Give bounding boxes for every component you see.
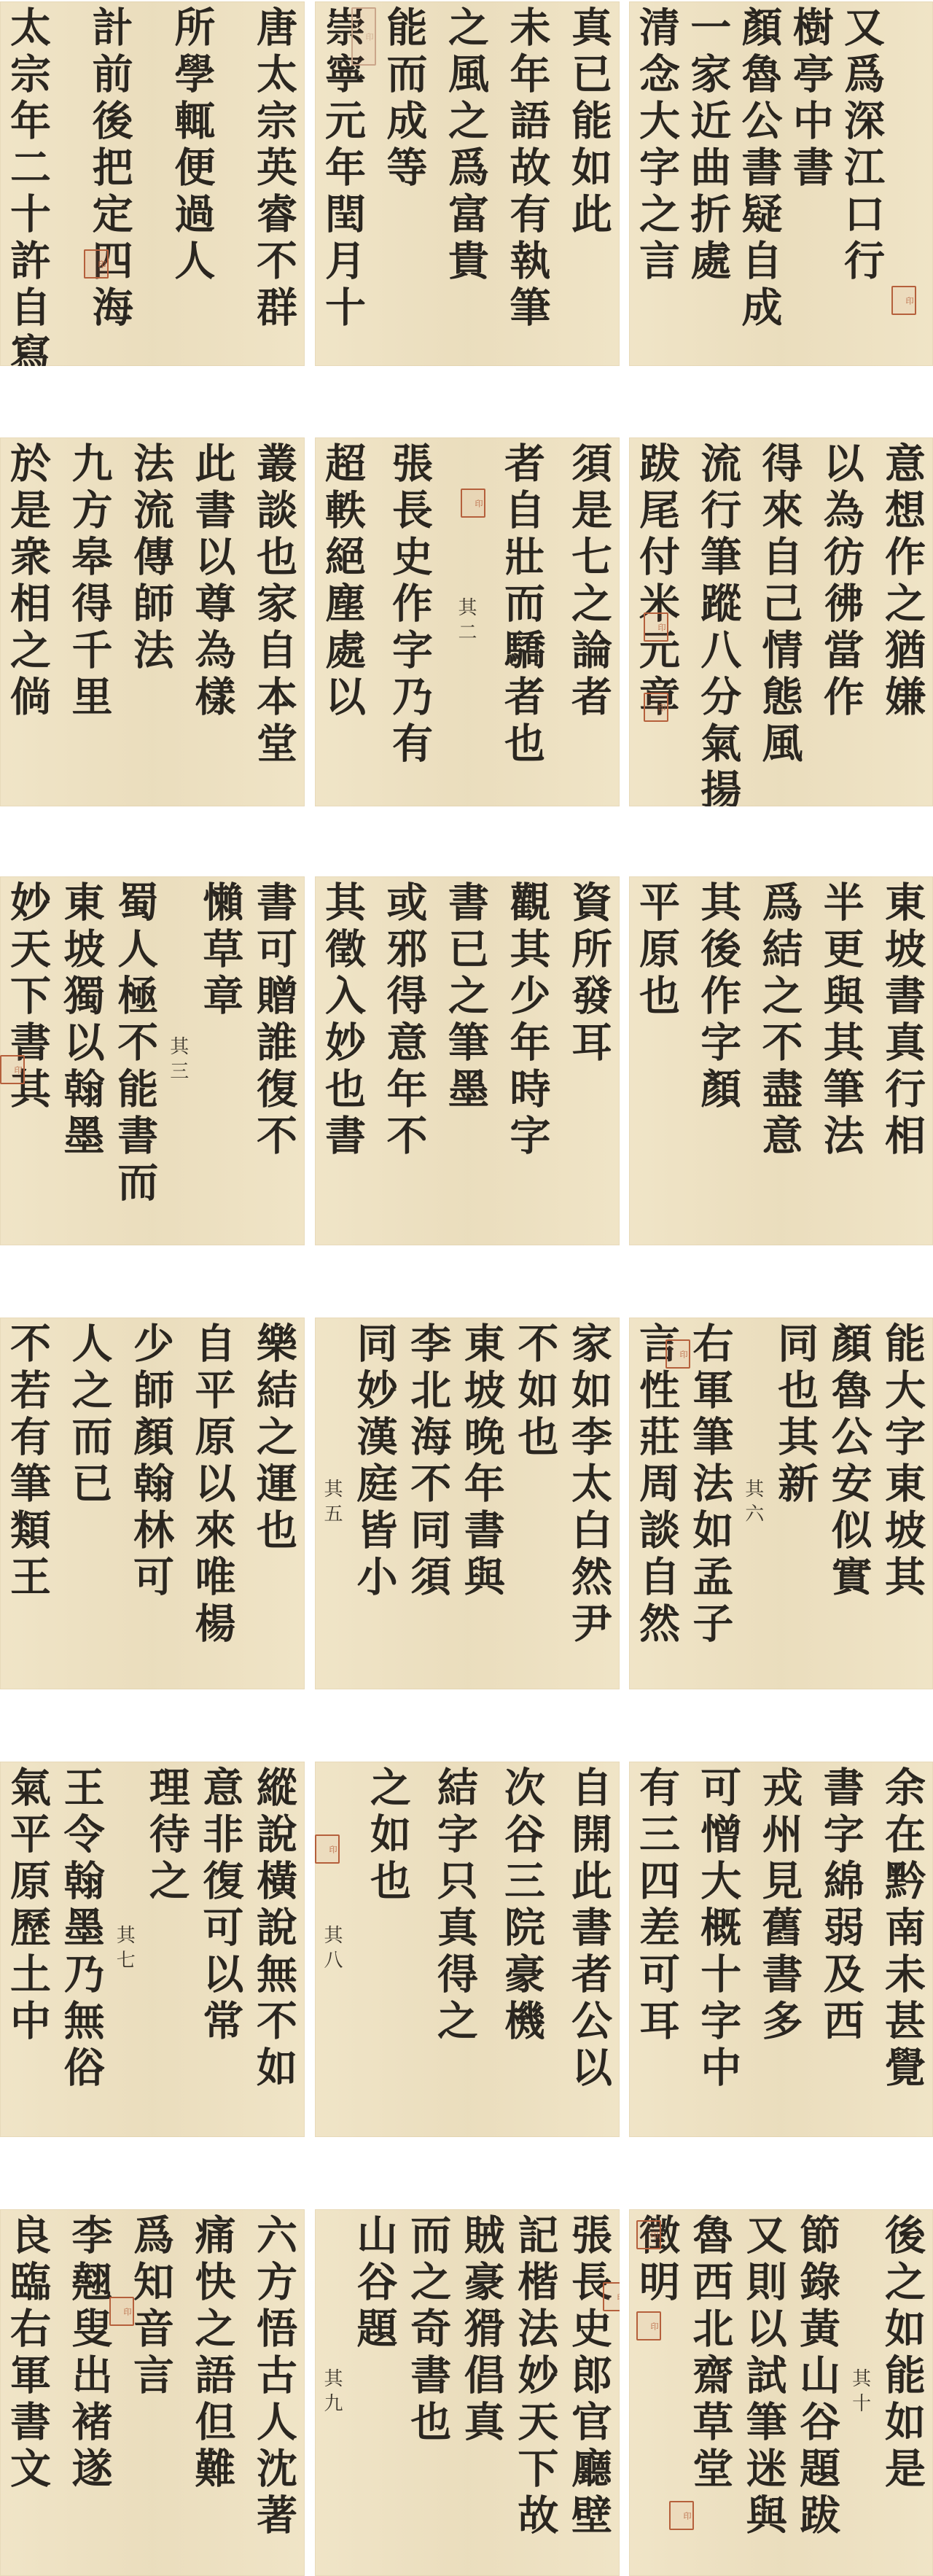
calligraphy-column: 未年語故有執筆 [507, 6, 548, 362]
calligraphy-column: 痛快之語但難 [192, 2214, 233, 2572]
calligraphy-column: 意想作之猶嫌 [882, 442, 923, 802]
calligraphy-column: 一家近曲折處 [687, 6, 728, 362]
text-columns: 又爲深江口行樹亭中書顏魯公書疑自成一家近曲折處清念大字之言 [629, 1, 933, 366]
calligraphy-column: 九方皋得千里 [69, 442, 110, 802]
calligraphy-column: 顏魯公書疑自成 [739, 6, 780, 362]
calligraphy-column: 記楷法妙天下故 [515, 2214, 555, 2572]
album-leaf: 真已能如此未年語故有執筆之風之爲富貴能而成等崇寧元年閏月十印 [315, 1, 620, 366]
calligraphy-column: 此書以尊為樣 [192, 442, 233, 802]
calligraphy-column: 真已能如此 [569, 6, 609, 362]
calligraphy-column: 資所發耳 [569, 881, 609, 1241]
calligraphy-column: 樹亭中書 [790, 6, 831, 362]
album-leaf: 須是七之論者者自壯而驕者也其二張長史作字乃有超軼絕塵處以印 [315, 437, 620, 806]
calligraphy-column: 少師顏翰林可 [130, 1322, 171, 1685]
album-leaf: 張長史郎官廳壁記楷法妙天下故賊豪猾倡真而之奇書也山谷題其九印 [315, 2209, 620, 2576]
calligraphy-column: 書可贈誰復不 [254, 881, 294, 1241]
album-leaf: 余在黔南未甚覺書字綿弱及西戎州見舊書多可憎大概十字中有三四差可耳 [629, 1762, 933, 2137]
calligraphy-column: 其七 [114, 1925, 133, 1974]
calligraphy-column: 法流傳師法 [130, 442, 171, 802]
album-leaf: 家如李太白然尹不如也東坡晚年書與李北海不同須同妙漢庭皆小其五 [315, 1318, 620, 1689]
album-leaf: 東坡書真行相半更與其筆法爲結之不盡意其後作字顏平原也 [629, 876, 933, 1245]
album-leaf: 縱說橫說無不如意非復可以常理待之其七王令翰墨乃無俗氣平原歷土中 [0, 1762, 305, 2137]
calligraphy-column: 其六 [743, 1479, 762, 1528]
calligraphy-column: 自平原以來唯楊 [192, 1322, 233, 1685]
text-columns: 意想作之猶嫌以為彷彿當作得來自己情態風流行筆蹤八分氣揚跋尾付米元章 [629, 437, 933, 806]
seal-stamp-icon: 印 [644, 693, 668, 722]
album-leaf: 樂結之運也自平原以來唯楊少師顏翰林可人之而已不若有筆類王 [0, 1318, 305, 1689]
seal-stamp-icon: 印 [669, 2501, 694, 2530]
seal-stamp-icon: 印 [109, 2297, 134, 2326]
calligraphy-column: 其十 [851, 2368, 870, 2418]
text-columns: 唐太宗英睿不群所學輒便過人計前後把定四海太宗年二十許自寫 [0, 1, 305, 366]
calligraphy-column: 觀其少年時字 [507, 881, 548, 1241]
seal-stamp-icon: 印 [0, 1055, 25, 1084]
calligraphy-column: 賊豪猾倡真 [461, 2214, 502, 2572]
seal-stamp-icon: 印 [351, 7, 376, 66]
calligraphy-column: 自開此書者公以 [569, 1766, 609, 2133]
text-columns: 叢談也家自本堂此書以尊為樣法流傳師法九方皋得千里於是衆相之倘 [0, 437, 305, 806]
calligraphy-column: 結字只真得之 [434, 1766, 475, 2133]
calligraphy-column: 爲知音言 [130, 2214, 171, 2572]
calligraphy-column: 其三 [168, 1036, 187, 1086]
seal-stamp-icon: 印 [84, 249, 109, 279]
calligraphy-column: 其二 [456, 597, 475, 647]
seal-stamp-icon: 印 [665, 1339, 690, 1369]
calligraphy-column: 者自壯而驕者也 [501, 442, 542, 802]
calligraphy-column: 得來自己情態風 [760, 442, 800, 802]
calligraphy-column: 言性莊周談自然 [636, 1322, 677, 1685]
calligraphy-column: 能而成等 [384, 6, 425, 362]
calligraphy-column: 太宗年二十許自寫 [7, 6, 48, 362]
calligraphy-column: 超軼絕塵處以 [322, 442, 363, 802]
calligraphy-column: 平原也 [636, 881, 677, 1241]
calligraphy-column: 唐太宗英睿不群 [254, 6, 294, 362]
text-columns: 余在黔南未甚覺書字綿弱及西戎州見舊書多可憎大概十字中有三四差可耳 [629, 1762, 933, 2137]
seal-stamp-icon: 印 [461, 489, 485, 518]
calligraphy-column: 理待之 [147, 1766, 187, 2133]
calligraphy-column: 其九 [322, 2368, 341, 2418]
calligraphy-column: 清念大字之言 [636, 6, 677, 362]
calligraphy-column: 以為彷彿當作 [821, 442, 862, 802]
calligraphy-column: 半更與其筆法 [821, 881, 862, 1241]
calligraphy-column: 其八 [322, 1925, 341, 1974]
calligraphy-column: 節錄黃山谷題跋 [797, 2214, 838, 2572]
album-leaf: 書可贈誰復不懶草章其三蜀人極不能書而東坡獨以翰墨妙天下書其印 [0, 876, 305, 1245]
calligraphy-column: 李北海不同須 [407, 1322, 448, 1685]
calligraphy-column: 顏魯公安似實 [829, 1322, 870, 1685]
seal-stamp-icon: 印 [603, 2282, 620, 2311]
calligraphy-column: 山谷題 [354, 2214, 395, 2572]
calligraphy-column: 懶草章 [200, 881, 241, 1241]
album-leaf: 資所發耳觀其少年時字書已之筆墨或邪得意年不其徵入妙也書 [315, 876, 620, 1245]
album-leaf: 又爲深江口行樹亭中書顏魯公書疑自成一家近曲折處清念大字之言印 [629, 1, 933, 366]
text-columns: 六方悟古人沈著痛快之語但難爲知音言李翹叟出褚遂良臨右軍書文 [0, 2209, 305, 2576]
calligraphy-column: 書字綿弱及西 [821, 1766, 862, 2133]
calligraphy-column: 同妙漢庭皆小 [354, 1322, 395, 1685]
calligraphy-column: 東坡晚年書與 [461, 1322, 502, 1685]
text-columns: 資所發耳觀其少年時字書已之筆墨或邪得意年不其徵入妙也書 [315, 876, 620, 1245]
calligraphy-column: 或邪得意年不 [384, 881, 425, 1241]
seal-stamp-icon: 印 [636, 2220, 661, 2249]
calligraphy-column: 爲結之不盡意 [760, 881, 800, 1241]
calligraphy-column: 樂結之運也 [254, 1322, 294, 1685]
calligraphy-column: 其五 [322, 1479, 341, 1528]
calligraphy-column: 之風之爲富貴 [445, 6, 486, 362]
text-columns: 樂結之運也自平原以來唯楊少師顏翰林可人之而已不若有筆類王 [0, 1318, 305, 1689]
calligraphy-column: 東坡獨以翰墨 [61, 881, 102, 1241]
text-columns: 家如李太白然尹不如也東坡晚年書與李北海不同須同妙漢庭皆小其五 [315, 1318, 620, 1689]
calligraphy-column: 所學輒便過人 [171, 6, 212, 362]
calligraphy-column: 須是七之論者 [569, 442, 609, 802]
calligraphy-column: 流行筆蹤八分氣揚 [698, 442, 738, 802]
calligraphy-column: 計前後把定四海 [90, 6, 130, 362]
calligraphy-column: 意非復可以常 [200, 1766, 241, 2133]
text-columns: 自開此書者公以次谷三院豪機結字只真得之之如也其八 [315, 1762, 620, 2137]
calligraphy-column: 有三四差可耳 [636, 1766, 677, 2133]
album-leaf: 叢談也家自本堂此書以尊為樣法流傳師法九方皋得千里於是衆相之倘 [0, 437, 305, 806]
calligraphy-column: 而之奇書也 [407, 2214, 448, 2572]
calligraphy-column: 六方悟古人沈著 [254, 2214, 294, 2572]
calligraphy-column: 之如也 [367, 1766, 408, 2133]
calligraphy-column: 不如也 [515, 1322, 555, 1685]
calligraphy-column: 家如李太白然尹 [569, 1322, 609, 1685]
calligraphy-column: 東坡書真行相 [882, 881, 923, 1241]
calligraphy-column: 張長史作字乃有 [389, 442, 430, 802]
calligraphy-column: 能大字東坡其 [882, 1322, 923, 1685]
text-columns: 張長史郎官廳壁記楷法妙天下故賊豪猾倡真而之奇書也山谷題其九 [315, 2209, 620, 2576]
calligraphy-column: 又則以試筆迷與 [743, 2214, 784, 2572]
calligraphy-column: 後之如能如是 [882, 2214, 923, 2572]
album-leaf: 自開此書者公以次谷三院豪機結字只真得之之如也其八印 [315, 1762, 620, 2137]
calligraphy-column: 氣平原歷土中 [7, 1766, 48, 2133]
album-leaf: 能大字東坡其顏魯公安似實同也其新其六右軍筆法如孟子言性莊周談自然印 [629, 1318, 933, 1689]
album-leaf: 後之如能如是其十節錄黃山谷題跋又則以試筆迷與魯西北齋草堂徵明印印印 [629, 2209, 933, 2576]
seal-stamp-icon: 印 [315, 1834, 340, 1864]
calligraphy-column: 叢談也家自本堂 [254, 442, 294, 802]
seal-stamp-icon: 印 [636, 2311, 661, 2340]
calligraphy-column: 不若有筆類王 [7, 1322, 48, 1685]
calligraphy-column: 又爲深江口行 [841, 6, 882, 362]
calligraphy-column: 同也其新 [775, 1322, 816, 1685]
calligraphy-column: 右軍筆法如孟子 [690, 1322, 730, 1685]
calligraphy-column: 可憎大概十字中 [698, 1766, 738, 2133]
calligraphy-column: 其後作字顏 [698, 881, 738, 1241]
calligraphy-column: 書已之筆墨 [445, 881, 486, 1241]
calligraphy-column: 良臨右軍書文 [7, 2214, 48, 2572]
album-leaf: 意想作之猶嫌以為彷彿當作得來自己情態風流行筆蹤八分氣揚跋尾付米元章印印 [629, 437, 933, 806]
calligraphy-column: 縱說橫說無不如 [254, 1766, 294, 2133]
album-leaf: 六方悟古人沈著痛快之語但難爲知音言李翹叟出褚遂良臨右軍書文印 [0, 2209, 305, 2576]
calligraphy-column: 王令翰墨乃無俗 [61, 1766, 102, 2133]
calligraphy-column: 人之而已 [69, 1322, 110, 1685]
calligraphy-column: 於是衆相之倘 [7, 442, 48, 802]
text-columns: 能大字東坡其顏魯公安似實同也其新其六右軍筆法如孟子言性莊周談自然 [629, 1318, 933, 1689]
calligraphy-column: 次谷三院豪機 [501, 1766, 542, 2133]
calligraphy-column: 余在黔南未甚覺 [882, 1766, 923, 2133]
seal-stamp-icon: 印 [644, 612, 668, 642]
seal-stamp-icon: 印 [891, 286, 916, 315]
text-columns: 書可贈誰復不懶草章其三蜀人極不能書而東坡獨以翰墨妙天下書其 [0, 876, 305, 1245]
album-leaf: 唐太宗英睿不群所學輒便過人計前後把定四海太宗年二十許自寫印印 [0, 1, 305, 366]
calligraphy-column: 李翹叟出褚遂 [69, 2214, 110, 2572]
calligraphy-column: 魯西北齋草堂 [690, 2214, 730, 2572]
text-columns: 縱說橫說無不如意非復可以常理待之其七王令翰墨乃無俗氣平原歷土中 [0, 1762, 305, 2137]
calligraphy-column: 其徵入妙也書 [322, 881, 363, 1241]
text-columns: 東坡書真行相半更與其筆法爲結之不盡意其後作字顏平原也 [629, 876, 933, 1245]
calligraphy-column: 蜀人極不能書而 [114, 881, 155, 1241]
calligraphy-column: 張長史郎官廳壁 [569, 2214, 609, 2572]
calligraphy-column: 戎州見舊書多 [760, 1766, 800, 2133]
